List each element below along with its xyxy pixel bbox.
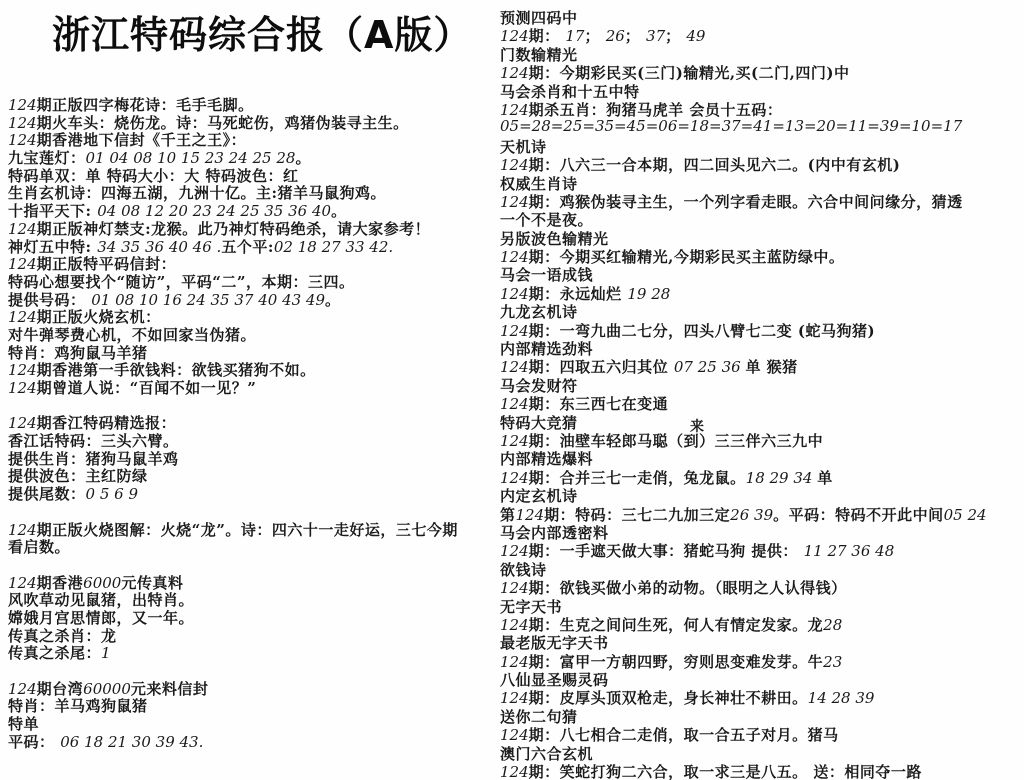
text-line: 八仙显圣赐灵码 <box>500 669 1022 687</box>
text-line: 124期：一弯九曲二七分，四头八臂七二变 (蛇马狗猪) <box>500 320 1022 338</box>
text-line <box>8 660 500 678</box>
text-line: 124期正版神灯禁支:龙猴。此乃神灯特码绝杀，请大家参考！ <box>8 218 500 236</box>
text-line: 最老版无字天书 <box>500 632 1022 650</box>
text-line: 提供尾数：0 5 6 9 <box>8 483 500 501</box>
text-line: 内部精选爆料 <box>500 448 1022 466</box>
text-line: 05=28=25=35=45=06=18=37=41=13=20=11=39=1… <box>500 117 1022 135</box>
floating-char: 来 <box>690 416 704 436</box>
text-line: 124期：富甲一方朝四野，穷则思变难发芽。牛23 <box>500 651 1022 669</box>
text-line: 124期：皮厚头顶双枪走，身长神壮不耕田。14 28 39 <box>500 687 1022 705</box>
text-line: 124期： 17； 26； 37； 49 <box>500 25 1022 43</box>
text-line: 124期：合并三七一走俏，兔龙鼠。18 29 34 单 <box>500 467 1022 485</box>
text-line: 124期：八七相合二走俏，取一合五子对月。猪马 <box>500 724 1022 742</box>
text-line: 门数输精光 <box>500 44 1022 62</box>
text-line: 马会杀肖和十五中特 <box>500 81 1022 99</box>
text-line: 传真之杀肖：龙 <box>8 625 500 643</box>
text-line: 风吹草动见鼠猪，出特肖。 <box>8 589 500 607</box>
text-line: 对牛弹琴费心机，不如回家当伪猪。 <box>8 324 500 342</box>
text-line: 124期香港地下信封《千王之王》： <box>8 129 500 147</box>
text-line: 124期香江特码精选报： <box>8 412 500 430</box>
text-line: 送你二句猜 <box>500 706 1022 724</box>
text-line: 124期：四取五六归其位 07 25 36 单 猴猪 <box>500 356 1022 374</box>
text-line: 特码大竞猜 <box>500 412 1022 430</box>
text-line: 124期正版四字梅花诗：毛手毛脚。 <box>8 94 500 112</box>
text-line: 香江话特码：三头六臂。 <box>8 430 500 448</box>
text-line: 提供号码： 01 08 10 16 24 35 37 40 43 49。 <box>8 289 500 307</box>
text-line: 124期正版火烧图解：火烧“龙”。诗：四六十一走好运，三七今期 <box>8 519 500 537</box>
right-column: 预测四码中124期： 17； 26； 37； 49门数输精光124期：今期彩民买… <box>500 7 1022 779</box>
text-line: 欲钱诗 <box>500 559 1022 577</box>
text-line: 无字天书 <box>500 596 1022 614</box>
text-line: 特肖：鸡狗鼠马羊猪 <box>8 342 500 360</box>
text-line <box>8 501 500 519</box>
page-title: 浙江特码综合报（A版） <box>52 4 472 59</box>
text-line: 124期：欲钱买做小弟的动物。（眼明之人认得钱） <box>500 577 1022 595</box>
newspaper-page: 浙江特码综合报（A版） 124期正版四字梅花诗：毛手毛脚。124期火车头：烧伤龙… <box>0 0 1024 780</box>
text-line: 马会一语成钱 <box>500 264 1022 282</box>
text-line: 124期：生克之间问生死，何人有情定发家。龙28 <box>500 614 1022 632</box>
text-line: 九宝莲灯：01 04 08 10 15 23 24 25 28。 <box>8 147 500 165</box>
text-line: 天机诗 <box>500 136 1022 154</box>
text-line: 124期：今期买红输精光,今期彩民买主蓝防绿中。 <box>500 246 1022 264</box>
text-line: 马会发财符 <box>500 375 1022 393</box>
text-line: 124期：油壁车轻郎马聪（到）三三伴六三九中 <box>500 430 1022 448</box>
text-line: 十指平天下: 04 08 12 20 23 24 25 35 36 40。 <box>8 200 500 218</box>
text-line: 另版波色输精光 <box>500 228 1022 246</box>
text-line: 124期：八六三一合本期，四二回头见六二。(内中有玄机) <box>500 154 1022 172</box>
text-line: 124期香港第一手欲钱料：欲钱买猪狗不如。 <box>8 359 500 377</box>
text-line: 一个不是夜。 <box>500 209 1022 227</box>
text-line: 内部精选劲料 <box>500 338 1022 356</box>
text-line: 第124期：特码：三七二九加三定26 39。平码：特码不开此中间05 24 <box>500 504 1022 522</box>
text-line <box>8 554 500 572</box>
text-line: 124期：笑蛇打狗二六合，取一求三是八五。 送：相同夺一路 <box>500 761 1022 779</box>
text-line: 内定玄机诗 <box>500 485 1022 503</box>
text-line: 特肖：羊马鸡狗鼠猪 <box>8 695 500 713</box>
text-line <box>8 395 500 413</box>
text-line: 特单 <box>8 713 500 731</box>
text-line: 九龙玄机诗 <box>500 301 1022 319</box>
text-line: 124期曾道人说：“百闻不如一见？” <box>8 377 500 395</box>
text-line: 124期杀五肖：狗猪马虎羊 会员十五码： <box>500 99 1022 117</box>
left-column: 124期正版四字梅花诗：毛手毛脚。124期火车头：烧伤龙。诗：马死蛇伤，鸡猪伪装… <box>8 94 500 748</box>
text-line: 澳门六合玄机 <box>500 743 1022 761</box>
text-line: 124期：一手遮天做大事：猪蛇马狗 提供： 11 27 36 48 <box>500 540 1022 558</box>
text-line: 预测四码中 <box>500 7 1022 25</box>
text-line: 特码心想要找个“随访”，平码“二”，本期：三四。 <box>8 271 500 289</box>
text-line: 生肖玄机诗：四海五湖，九洲十亿。主:猪羊马鼠狗鸡。 <box>8 182 500 200</box>
text-line: 嫦娥月宫思情郎，又一年。 <box>8 607 500 625</box>
text-line: 马会内部透密料 <box>500 522 1022 540</box>
text-line: 神灯五中特: 34 35 36 40 46 .五个平:02 18 27 33 4… <box>8 236 500 254</box>
text-line: 124期：今期彩民买(三门)输精光,买(二门,四门)中 <box>500 62 1022 80</box>
text-line: 124期台湾60000元来料信封 <box>8 678 500 696</box>
text-line: 124期香港6000元传真料 <box>8 572 500 590</box>
text-line: 124期：永远灿烂 19 28 <box>500 283 1022 301</box>
text-line: 124期：东三西七在变通 <box>500 393 1022 411</box>
text-line: 平码： 06 18 21 30 39 43. <box>8 731 500 749</box>
text-line: 提供波色：主红防绿 <box>8 465 500 483</box>
text-line: 124期火车头：烧伤龙。诗：马死蛇伤，鸡猪伪装寻主生。 <box>8 112 500 130</box>
text-line: 权威生肖诗 <box>500 173 1022 191</box>
text-line: 特码单双：单 特码大小：大 特码波色：红 <box>8 165 500 183</box>
text-line: 124期：鸡猴伪装寻主生，一个列字看走眼。六合中间问缘分，猜透 <box>500 191 1022 209</box>
text-line: 提供生肖：猪狗马鼠羊鸡 <box>8 448 500 466</box>
text-line: 传真之杀尾：1 <box>8 642 500 660</box>
